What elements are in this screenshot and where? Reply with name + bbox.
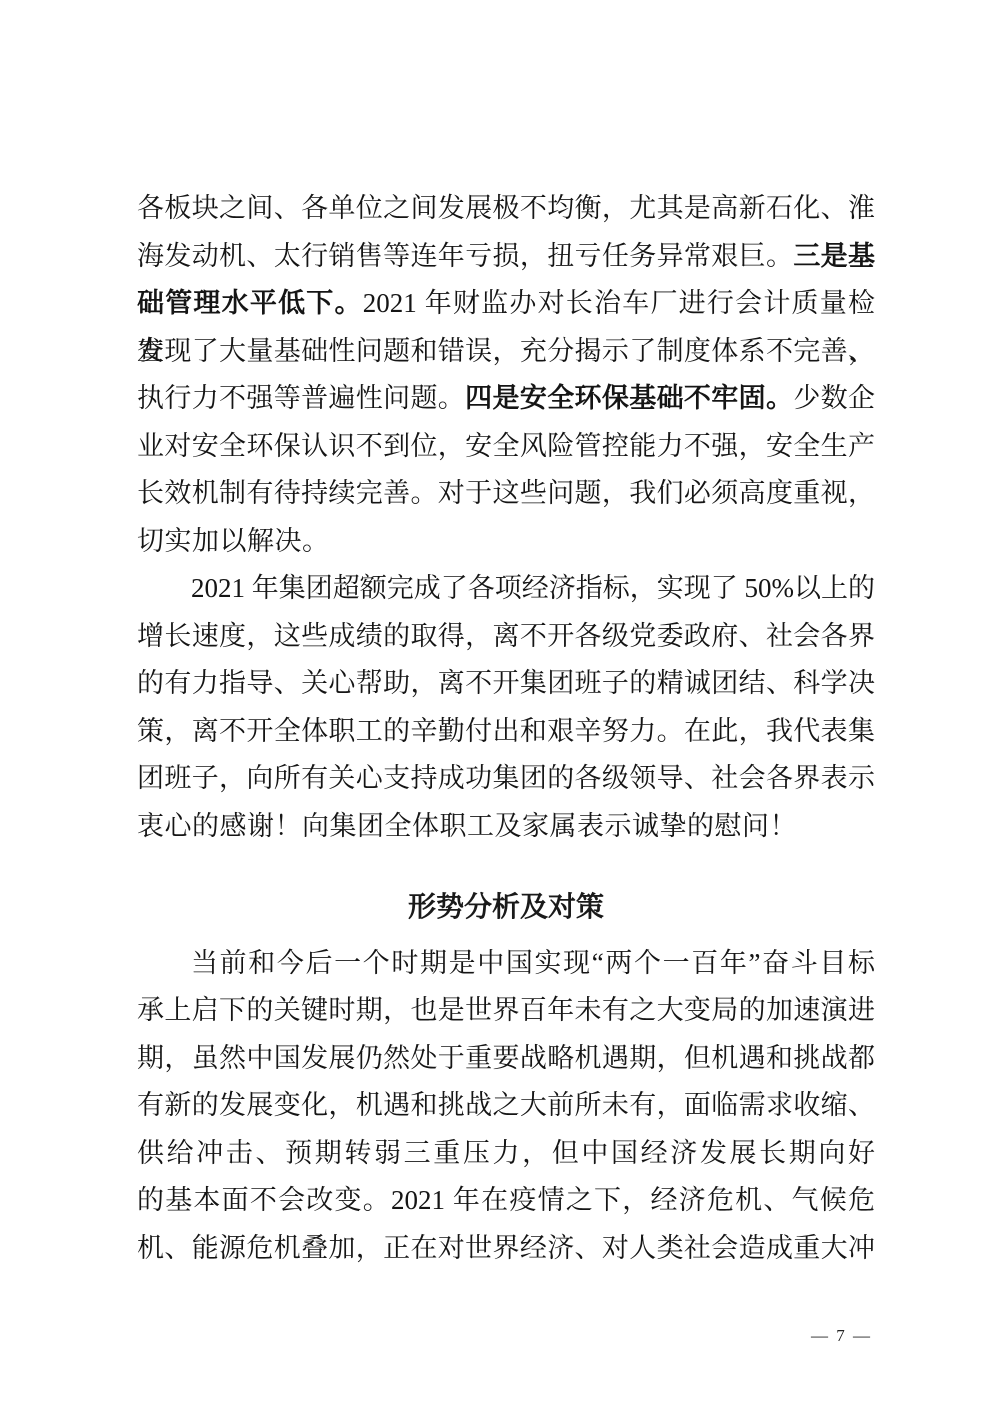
paragraph-line: 海发动机、太行销售等连年亏损，扭亏任务异常艰巨。三是基 [137,233,875,281]
bold-text-run: 三是基 [793,241,875,271]
paragraph-line: 增长速度，这些成绩的取得，离不开各级党委政府、社会各界 [137,613,875,661]
text-run: 2021 年集团超额完成了各项经济指标，实现了 50%以上的 [191,573,875,603]
text-run: 发现了大量基础性问题和错误，充分揭示了制度体系不完善、 [137,336,875,366]
text-run: 当前和今后一个时期是中国实现“两个一百年”奋斗目标 [191,948,875,978]
paragraph-line: 期，虽然中国发展仍然处于重要战略机遇期，但机遇和挑战都 [137,1035,875,1083]
paragraph-line: 的有力指导、关心帮助，离不开集团班子的精诚团结、科学决 [137,660,875,708]
text-run: 的有力指导、关心帮助，离不开集团班子的精诚团结、科学决 [137,668,875,698]
paragraph-line: 础管理水平低下。2021 年财监办对长治车厂进行会计质量检查， [137,280,875,328]
text-run: 的基本面不会改变。2021 年在疫情之下，经济危机、气候危 [137,1185,875,1215]
paragraph-line: 当前和今后一个时期是中国实现“两个一百年”奋斗目标 [137,940,875,988]
paragraph-line: 承上启下的关键时期，也是世界百年未有之大变局的加速演进 [137,987,875,1035]
paragraph-line: 策，离不开全体职工的辛勤付出和艰辛努力。在此，我代表集 [137,708,875,756]
text-run: 执行力不强等普遍性问题。 [137,383,465,413]
text-run: 海发动机、太行销售等连年亏损，扭亏任务异常艰巨。 [137,241,793,271]
paragraph-line: 各板块之间、各单位之间发展极不均衡，尤其是高新石化、淮 [137,185,875,233]
section-heading: 形势分析及对策 [137,883,875,931]
paragraph-line: 执行力不强等普遍性问题。四是安全环保基础不牢固。少数企 [137,375,875,423]
bold-text-run: 四是安全环保基础不牢固。 [465,383,793,413]
text-run: 机、能源危机叠加，正在对世界经济、对人类社会造成重大冲 [137,1233,875,1263]
paragraph-line: 衷心的感谢！向集团全体职工及家属表示诚挚的慰问！ [137,803,875,851]
paragraph-line: 团班子，向所有关心支持成功集团的各级领导、社会各界表示 [137,755,875,803]
document-page: 各板块之间、各单位之间发展极不均衡，尤其是高新石化、淮海发动机、太行销售等连年亏… [0,0,1000,1414]
text-run: 各板块之间、各单位之间发展极不均衡，尤其是高新石化、淮 [137,193,875,223]
paragraph-line: 机、能源危机叠加，正在对世界经济、对人类社会造成重大冲 [137,1225,875,1273]
page-number: — 7 — [811,1326,872,1346]
paragraph-line: 长效机制有待持续完善。对于这些问题，我们必须高度重视， [137,470,875,518]
paragraph-line: 2021 年集团超额完成了各项经济指标，实现了 50%以上的 [137,565,875,613]
document-body: 各板块之间、各单位之间发展极不均衡，尤其是高新石化、淮海发动机、太行销售等连年亏… [137,185,875,1272]
text-run: 期，虽然中国发展仍然处于重要战略机遇期，但机遇和挑战都 [137,1043,875,1073]
text-run: 团班子，向所有关心支持成功集团的各级领导、社会各界表示 [137,763,875,793]
text-run: 承上启下的关键时期，也是世界百年未有之大变局的加速演进 [137,995,875,1025]
text-run: 有新的发展变化，机遇和挑战之大前所未有，面临需求收缩、 [137,1090,875,1120]
paragraph-line: 发现了大量基础性问题和错误，充分揭示了制度体系不完善、 [137,328,875,376]
text-run: 增长速度，这些成绩的取得，离不开各级党委政府、社会各界 [137,621,875,651]
bold-text-run: 础管理水平低下。 [137,288,363,318]
text-run: 策，离不开全体职工的辛勤付出和艰辛努力。在此，我代表集 [137,716,875,746]
text-run: 业对安全环保认识不到位，安全风险管控能力不强，安全生产 [137,431,875,461]
paragraph-line: 切实加以解决。 [137,518,875,566]
paragraph-line: 供给冲击、预期转弱三重压力，但中国经济发展长期向好 [137,1130,875,1178]
text-run: 衷心的感谢！向集团全体职工及家属表示诚挚的慰问！ [137,811,797,841]
text-run: 少数企 [793,383,875,413]
text-run: 供给冲击、预期转弱三重压力，但中国经济发展长期向好 [137,1138,875,1168]
text-run: 切实加以解决。 [137,526,330,556]
paragraph-line: 的基本面不会改变。2021 年在疫情之下，经济危机、气候危 [137,1177,875,1225]
paragraph-line: 有新的发展变化，机遇和挑战之大前所未有，面临需求收缩、 [137,1082,875,1130]
text-run: 长效机制有待持续完善。对于这些问题，我们必须高度重视， [137,478,875,508]
paragraph-line: 业对安全环保认识不到位，安全风险管控能力不强，安全生产 [137,423,875,471]
